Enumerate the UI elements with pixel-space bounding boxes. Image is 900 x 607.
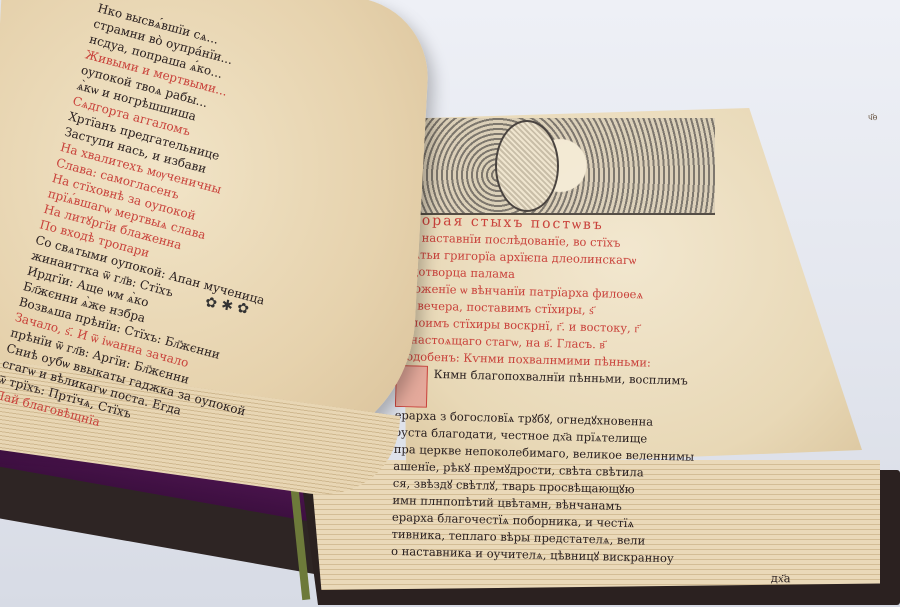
right-page-text: Вторая стыхъ постѡвъ гд҃а наставнїи посл… <box>390 212 819 588</box>
saint-medallion-icon <box>495 120 559 212</box>
page-number: ч҃ѳ <box>868 112 878 123</box>
woodcut-headpiece <box>405 118 715 215</box>
photo-scene: ч҃ѳ Вторая стыхъ постѡвъ гд҃а наставнїи … <box>0 0 900 607</box>
